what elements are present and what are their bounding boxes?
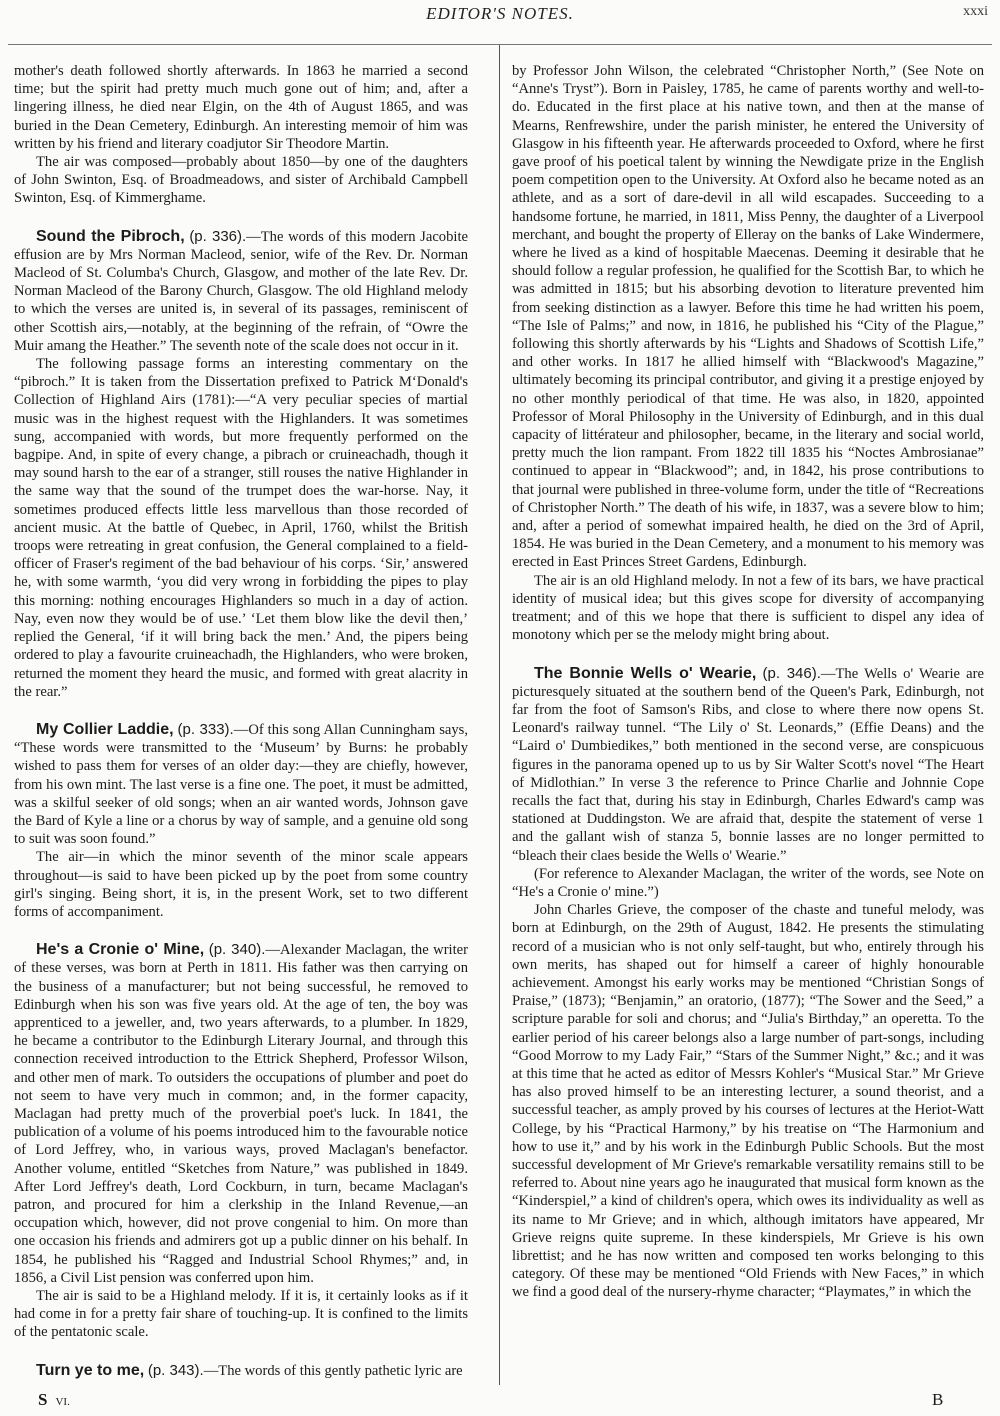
left-column: mother's death followed shortly afterwar… <box>14 62 468 1380</box>
continued-paragraph: by Professor John Wilson, the celebrated… <box>512 62 984 572</box>
note-bonnie-wells-o-wearie: The Bonnie Wells o' Wearie, (p. 346).—Th… <box>512 665 984 1302</box>
note-heading: Turn ye to me, <box>36 1362 144 1379</box>
paragraph: The air is said to be a Highland melody.… <box>14 1287 468 1342</box>
note-body: —The Wells o' Wearie are picturesquely s… <box>512 666 984 864</box>
note-my-collier-laddie: My Collier Laddie, (p. 333).—Of this son… <box>14 721 468 921</box>
paragraph: The air is an old Highland melody. In no… <box>512 572 984 645</box>
signature-letter: S <box>38 1390 47 1409</box>
page-number: xxxi <box>963 4 988 20</box>
right-column: by Professor John Wilson, the celebrated… <box>512 62 984 1302</box>
page-reference: (p. 343). <box>148 1362 204 1379</box>
page-footer: SVI. B <box>0 1390 1000 1416</box>
note-hes-a-cronie-o-mine: He's a Cronie o' Mine, (p. 340).—Alexand… <box>14 941 468 1341</box>
paragraph: John Charles Grieve, the composer of the… <box>512 901 984 1301</box>
running-head: EDITOR'S NOTES. xxxi <box>0 0 1000 30</box>
page-reference: (p. 346). <box>763 665 821 682</box>
note-body: —The words of this gently pathetic lyric… <box>204 1363 463 1379</box>
header-rule <box>8 44 992 45</box>
continued-paragraph: mother's death followed shortly afterwar… <box>14 62 468 153</box>
page-reference: (p. 333). <box>178 721 234 738</box>
page-reference: (p. 340). <box>209 941 266 958</box>
page-reference: (p. 336). <box>189 228 246 245</box>
note-heading: He's a Cronie o' Mine, <box>36 941 204 958</box>
note-heading: My Collier Laddie, <box>36 721 174 738</box>
note-body: —Of this song Allan Cunningham says, “Th… <box>14 722 468 847</box>
gathering-mark: B <box>932 1390 943 1410</box>
note-body: —Alexander Maclagan, the writer of these… <box>14 942 468 1286</box>
running-title: EDITOR'S NOTES. <box>0 4 1000 24</box>
column-divider <box>499 45 500 1385</box>
paragraph: The air—in which the minor seventh of th… <box>14 848 468 921</box>
paragraph: The following passage forms an interesti… <box>14 355 468 701</box>
note-turn-ye-to-me: Turn ye to me, (p. 343).—The words of th… <box>14 1362 468 1380</box>
volume-mark: VI. <box>55 1396 69 1408</box>
note-heading: The Bonnie Wells o' Wearie, <box>534 665 756 682</box>
note-sound-the-pibroch: Sound the Pibroch, (p. 336).—The words o… <box>14 228 468 701</box>
paragraph: The air was composed—probably about 1850… <box>14 153 468 208</box>
note-heading: Sound the Pibroch, <box>36 228 185 245</box>
signature-mark: SVI. <box>38 1390 70 1410</box>
note-body: —The words of this modern Jacobite effus… <box>14 229 468 354</box>
paragraph: (For reference to Alexander Maclagan, th… <box>512 865 984 901</box>
